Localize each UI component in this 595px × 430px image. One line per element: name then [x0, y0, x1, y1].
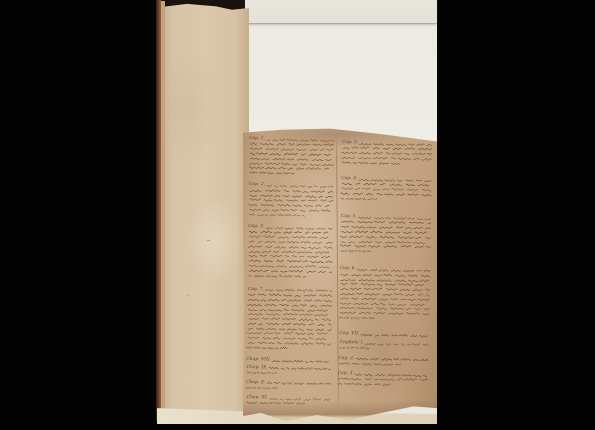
handwriting-stroke	[342, 161, 400, 165]
manuscript-paragraph: Chap. VIII.	[246, 358, 331, 364]
handwriting-stroke	[248, 274, 306, 278]
manuscript-paragraph: Cap. 6.	[338, 267, 430, 321]
black-frame-bottom	[0, 424, 595, 430]
cap-label: Cap. 2.	[249, 183, 265, 188]
folio-spine-light-edge	[161, 1, 165, 421]
manuscript-paragraph: Capitolo 1.	[338, 341, 429, 352]
cap-label: Chap. X.	[246, 381, 265, 386]
manuscript-paragraph: Cap. 4.	[340, 177, 431, 202]
handwriting-line	[246, 401, 330, 407]
handwriting-stroke	[247, 371, 277, 375]
handwriting-line	[249, 212, 333, 218]
handwriting-stroke	[272, 359, 331, 363]
handwriting-stroke	[249, 213, 305, 217]
handwriting-stroke	[339, 362, 401, 366]
handwriting-stroke	[339, 316, 376, 320]
handwriting-line	[341, 196, 432, 202]
manuscript-column-left: Cap. 1.Cap. 2.Cap. 3.Cap. 7.Chap. VIII.C…	[245, 137, 334, 407]
handwriting-line: Chap. VIII.	[246, 358, 331, 364]
cap-label: Cap. 3.	[338, 372, 354, 377]
paper-speck	[187, 294, 190, 297]
handwriting-line	[246, 345, 331, 351]
handwriting-stroke	[246, 346, 288, 350]
handwriting-line	[248, 273, 332, 279]
cap-label: Cap. 6.	[340, 267, 356, 272]
cap-label: Cap. 7.	[248, 288, 264, 293]
white-sheet-upper-fold	[245, 0, 437, 24]
cap-label: Cap. 5.	[341, 215, 357, 220]
manuscript-paragraph: Chap. XI.	[245, 396, 330, 407]
manuscript-paragraph: Cap. 5.	[339, 215, 431, 255]
cap-label: Capitolo 1.	[340, 341, 365, 346]
handwriting-line	[247, 371, 331, 377]
handwriting-stroke	[341, 197, 377, 201]
left-folio	[163, 3, 249, 421]
handwriting-stroke	[360, 333, 427, 338]
cap-label: Cap. 2.	[338, 357, 354, 362]
manuscript-paragraph: Cap. 2.	[338, 356, 429, 367]
cap-label: Chap. VIII.	[246, 358, 271, 363]
handwriting-stroke	[246, 386, 280, 390]
cap-label: Chap. XI.	[247, 396, 268, 401]
cap-label: Cap. 1.	[249, 137, 265, 142]
handwriting-line	[342, 160, 432, 166]
handwriting-line	[340, 249, 430, 255]
cap-label: Cap. VII.	[339, 332, 359, 337]
handwriting-stroke	[246, 401, 307, 405]
handwriting-line: Cap. VII.	[339, 332, 429, 338]
cap-label: Cap. 4.	[341, 177, 357, 182]
handwriting-line	[339, 315, 430, 321]
cap-label: Cap. 3.	[248, 225, 264, 230]
handwriting-line	[250, 171, 334, 177]
handwriting-line	[339, 346, 429, 352]
manuscript-column-right: Cap. 3.Cap. 4.Cap. 5.Cap. 6.Cap. VII.Cap…	[338, 141, 432, 388]
handwriting-line	[246, 385, 331, 391]
manuscript-page: Cap. 1.Cap. 2.Cap. 3.Cap. 7.Chap. VIII.C…	[243, 128, 437, 421]
handwriting-stroke	[338, 382, 391, 386]
manuscript-paragraph: Chap. X.	[245, 380, 330, 391]
photo-area: Cap. 1.Cap. 2.Cap. 3.Cap. 7.Chap. VIII.C…	[157, 0, 437, 424]
manuscript-paragraph: Cap. VII.	[338, 332, 429, 338]
manuscript-paragraph: Cap. 3.	[341, 141, 432, 166]
manuscript-paragraph: Chap. IX.	[246, 366, 331, 377]
manuscript-paragraph: Cap. 3.	[247, 225, 333, 279]
manuscript-paragraph: Cap. 2.	[248, 183, 333, 218]
handwriting-stroke	[339, 346, 370, 350]
paper-speck	[207, 240, 210, 241]
manuscript-paragraph: Cap. 7.	[246, 288, 332, 352]
handwriting-line	[338, 382, 429, 388]
cap-label: Chap. IX.	[247, 366, 268, 371]
cap-label: Cap. 3.	[342, 141, 358, 146]
handwriting-line	[339, 361, 429, 367]
handwriting-stroke	[250, 171, 297, 175]
handwriting-stroke	[340, 249, 372, 253]
manuscript-paragraph: Cap. 1.	[248, 137, 334, 177]
manuscript-paragraph: Cap. 3.	[338, 372, 429, 388]
screenshot-root: { "scene": { "description": "photograph …	[0, 0, 595, 430]
